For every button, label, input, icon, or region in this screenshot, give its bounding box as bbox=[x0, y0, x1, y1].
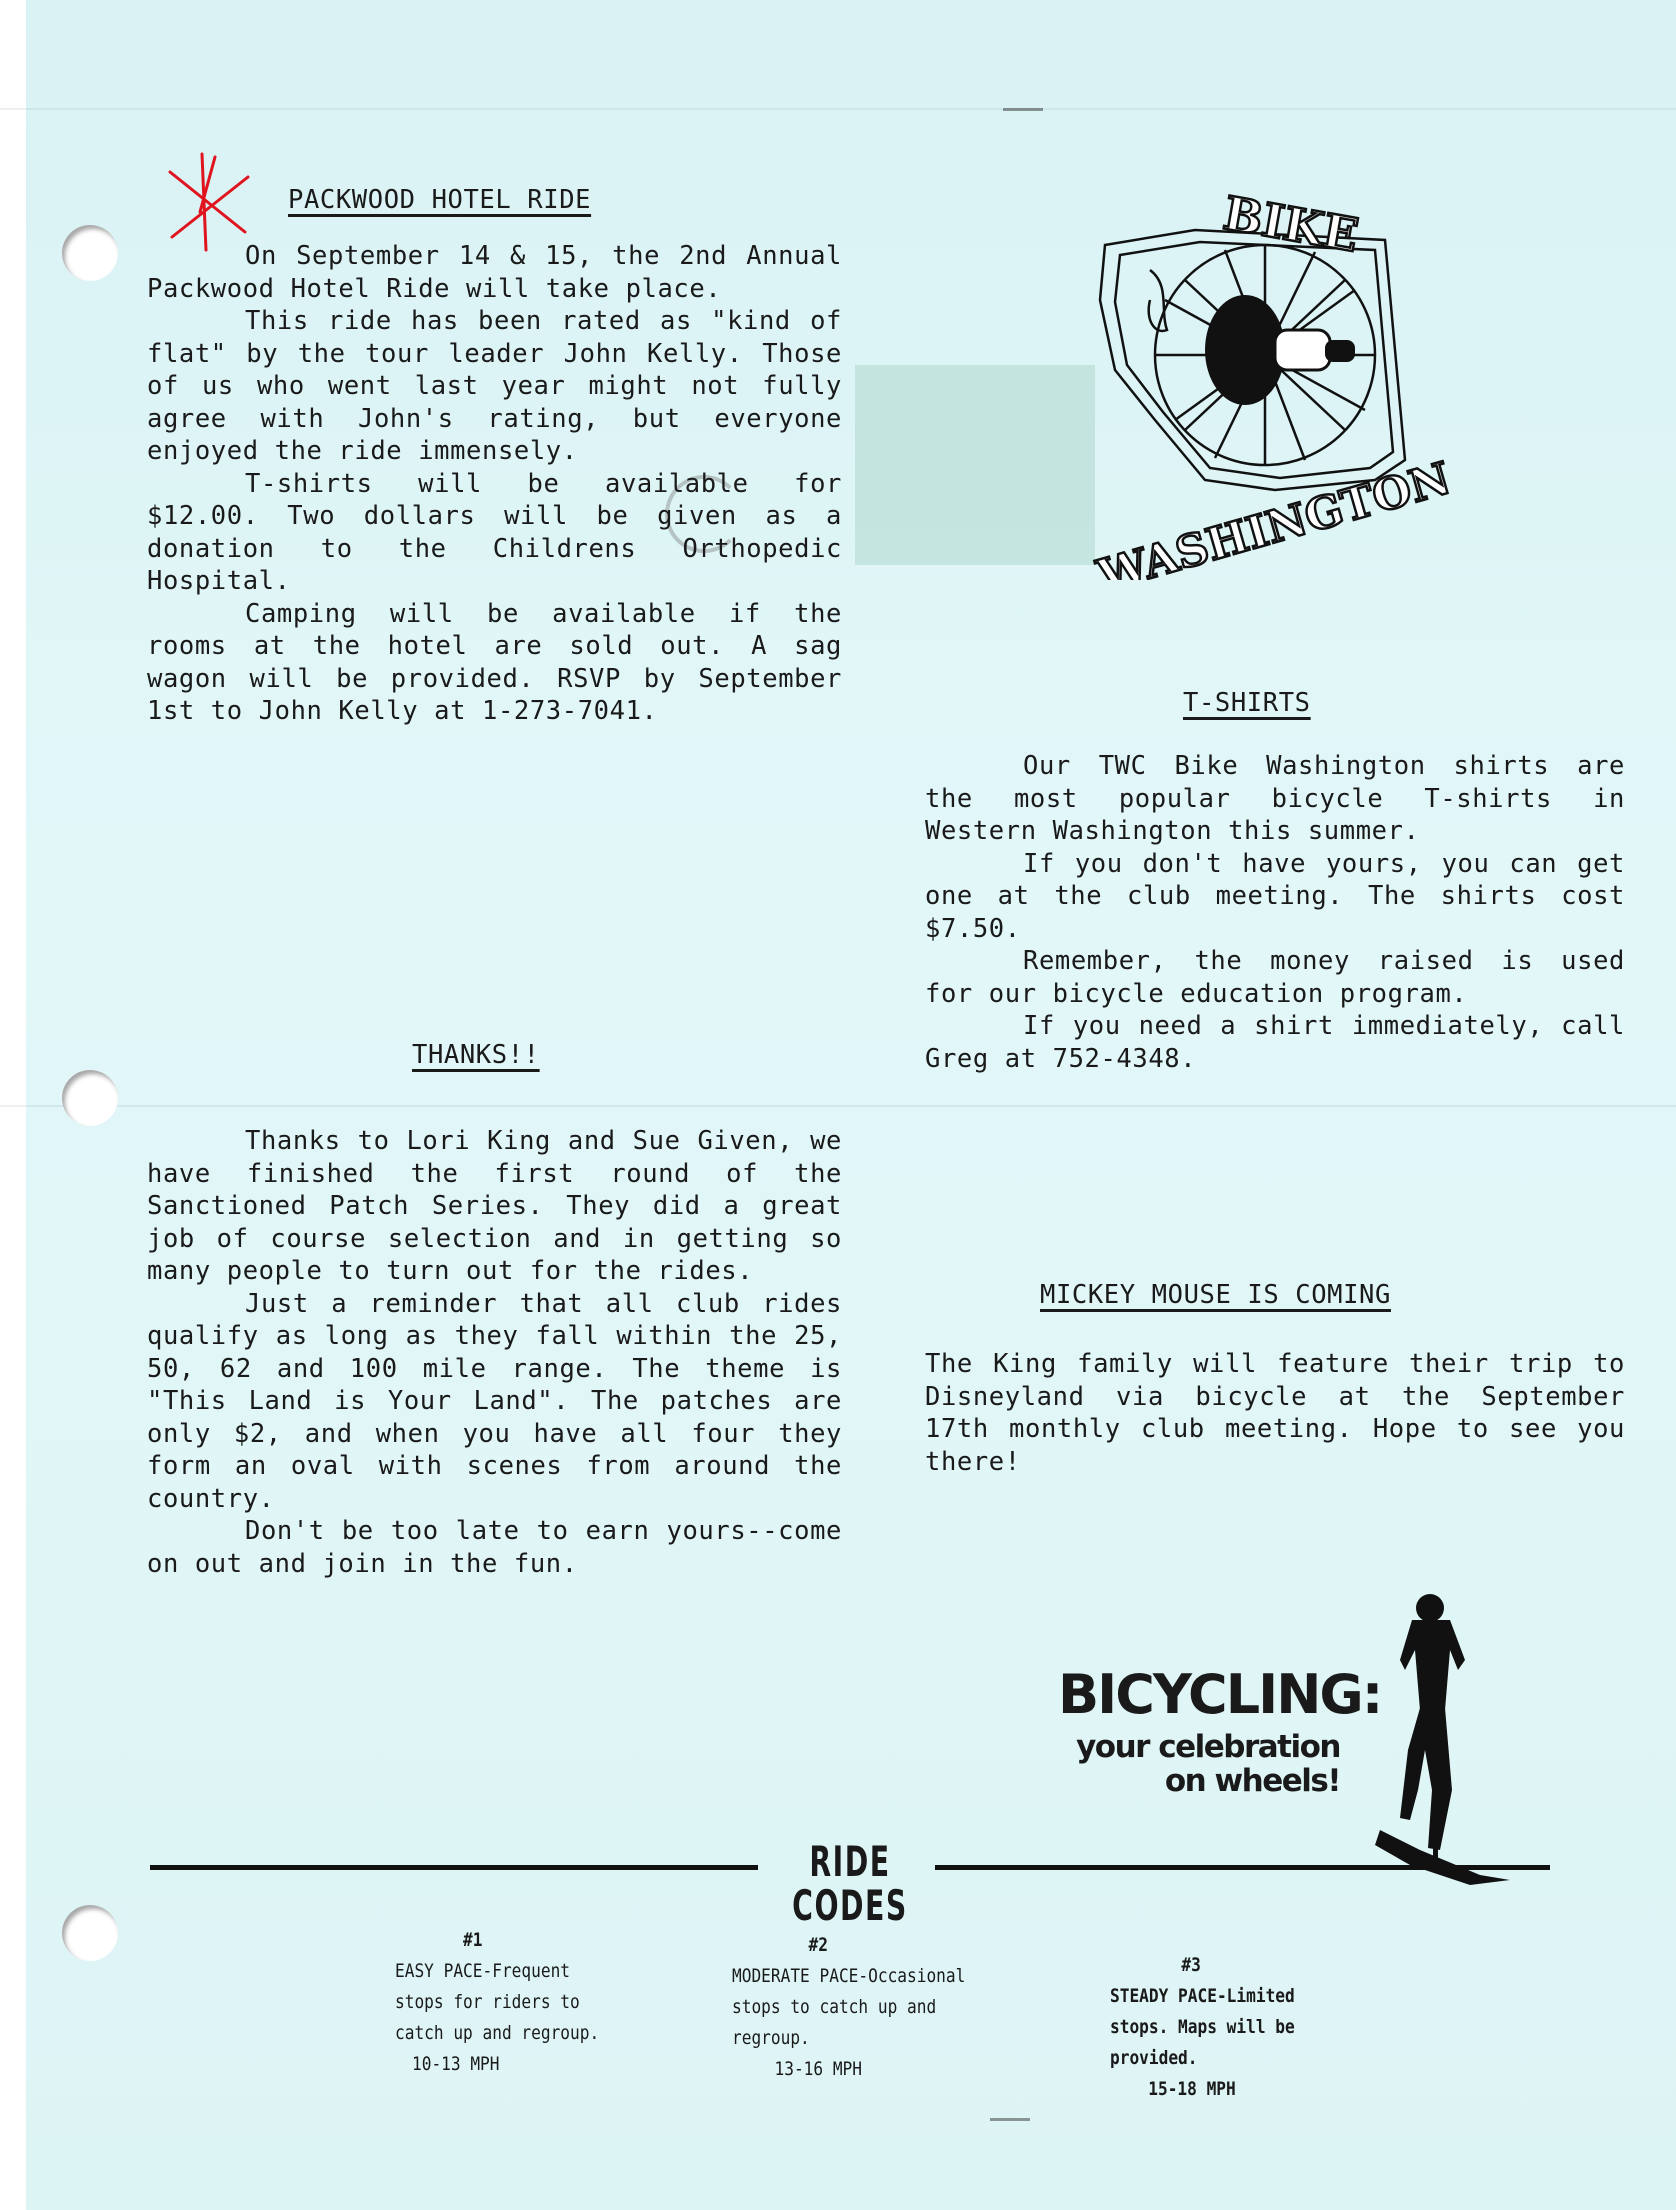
paragraph: Just a reminder that all club rides qual… bbox=[147, 1288, 842, 1516]
ride-code-line: STEADY PACE-Limited bbox=[1110, 1981, 1295, 2012]
ad-subtitle-line: on wheels! bbox=[1055, 1764, 1340, 1798]
paragraph: If you don't have yours, you can get one… bbox=[925, 848, 1625, 946]
tshirts-heading: T-SHIRTS bbox=[1183, 688, 1311, 718]
ride-code-1: #1 EASY PACE-Frequent stops for riders t… bbox=[395, 1925, 599, 2080]
ride-code-line: MODERATE PACE-Occasional bbox=[732, 1961, 965, 1992]
ride-code-mph: 15-18 MPH bbox=[1110, 2074, 1295, 2105]
ad-subtitle-line: your celebration bbox=[1055, 1730, 1340, 1764]
binder-hole bbox=[62, 225, 118, 281]
red-asterisk-icon bbox=[160, 152, 260, 252]
paragraph: If you need a shirt immediately, call Gr… bbox=[925, 1010, 1625, 1075]
bike-washington-logo: BIKE WASHINGTON bbox=[1075, 190, 1465, 580]
paragraph: The King family will feature their trip … bbox=[925, 1348, 1625, 1478]
packwood-article: On September 14 & 15, the 2nd Annual Pac… bbox=[147, 240, 842, 728]
paragraph: On September 14 & 15, the 2nd Annual Pac… bbox=[147, 240, 842, 305]
ride-code-line: regroup. bbox=[732, 2023, 965, 2054]
logo-top-word: BIKE bbox=[1220, 190, 1363, 262]
ad-subtitle: your celebration on wheels! bbox=[1055, 1730, 1340, 1798]
ride-code-line: EASY PACE-Frequent bbox=[395, 1956, 599, 1987]
ride-code-line: stops to catch up and bbox=[732, 1992, 965, 2023]
ride-code-line: stops for riders to bbox=[395, 1987, 599, 2018]
ride-code-mph: 10-13 MPH bbox=[395, 2049, 599, 2080]
thanks-heading: THANKS!! bbox=[412, 1040, 540, 1070]
packwood-heading: PACKWOOD HOTEL RIDE bbox=[288, 185, 591, 215]
ride-codes-title-line: RIDE bbox=[790, 1840, 910, 1884]
mickey-article: The King family will feature their trip … bbox=[925, 1348, 1625, 1478]
ride-code-line: stops. Maps will be bbox=[1110, 2012, 1295, 2043]
ride-code-number: #3 bbox=[1110, 1950, 1295, 1981]
logo-bottom-word: WASHINGTON bbox=[1091, 453, 1456, 580]
ride-codes-title-line: CODES bbox=[790, 1884, 910, 1928]
divider-rule bbox=[150, 1865, 758, 1870]
paragraph: Camping will be available if the rooms a… bbox=[147, 598, 842, 728]
paragraph: This ride has been rated as "kind of fla… bbox=[147, 305, 842, 468]
scan-speck bbox=[990, 2118, 1030, 2121]
paper-fold bbox=[0, 1105, 1676, 1107]
ad-title: BICYCLING: bbox=[1058, 1668, 1381, 1722]
green-highlight-mark bbox=[855, 365, 1095, 565]
scan-speck bbox=[1003, 108, 1043, 111]
ride-code-2: #2 MODERATE PACE-Occasional stops to cat… bbox=[732, 1930, 965, 2085]
thanks-article: Thanks to Lori King and Sue Given, we ha… bbox=[147, 1125, 842, 1580]
paragraph: Thanks to Lori King and Sue Given, we ha… bbox=[147, 1125, 842, 1288]
binder-hole bbox=[62, 1070, 118, 1126]
ride-code-number: #2 bbox=[732, 1930, 965, 1961]
paragraph: Our TWC Bike Washington shirts are the m… bbox=[925, 750, 1625, 848]
paragraph: Remember, the money raised is used for o… bbox=[925, 945, 1625, 1010]
paper-fold bbox=[0, 108, 1676, 110]
tshirts-article: Our TWC Bike Washington shirts are the m… bbox=[925, 750, 1625, 1075]
paragraph: Don't be too late to earn yours--come on… bbox=[147, 1515, 842, 1580]
paragraph: T-shirts will be available for $12.00. T… bbox=[147, 468, 842, 598]
ride-code-line: catch up and regroup. bbox=[395, 2018, 599, 2049]
ride-code-3: #3 STEADY PACE-Limited stops. Maps will … bbox=[1110, 1950, 1295, 2105]
ride-code-line: provided. bbox=[1110, 2043, 1295, 2074]
ride-codes-title: RIDE CODES bbox=[790, 1840, 910, 1928]
ride-code-mph: 13-16 MPH bbox=[732, 2054, 965, 2085]
binder-hole bbox=[62, 1905, 118, 1961]
mickey-heading: MICKEY MOUSE IS COMING bbox=[1040, 1280, 1391, 1310]
ride-code-number: #1 bbox=[395, 1925, 599, 1956]
divider-rule bbox=[935, 1865, 1550, 1870]
